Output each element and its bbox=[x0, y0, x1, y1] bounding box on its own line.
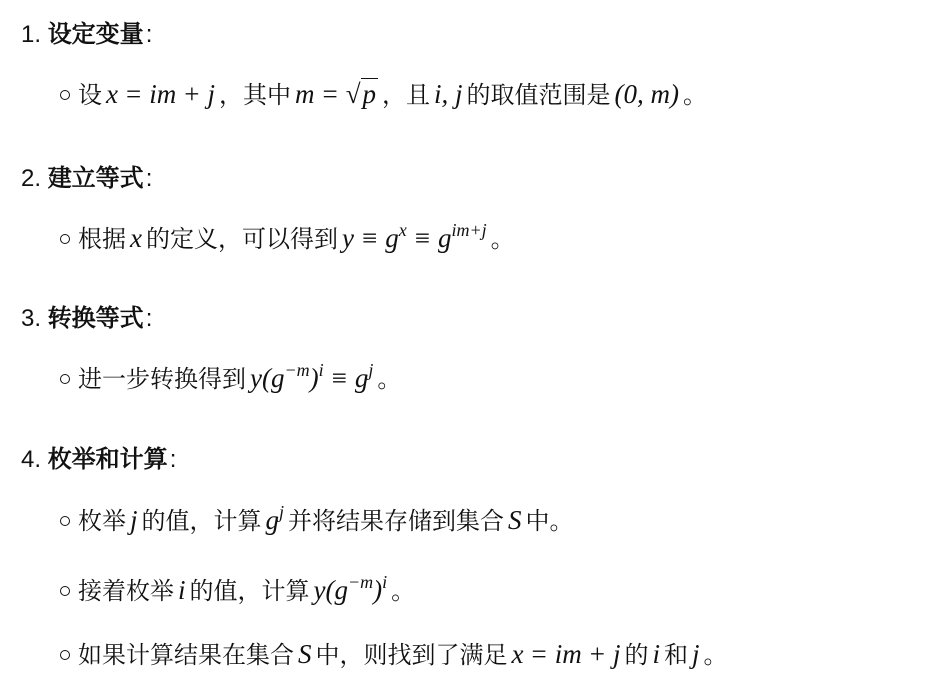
math: j bbox=[130, 505, 138, 535]
text: 。 bbox=[704, 642, 728, 669]
text: 的值，计算 bbox=[190, 578, 310, 605]
math: y(g−m)i bbox=[314, 575, 388, 605]
text: 的定义，可以得到 bbox=[146, 226, 338, 253]
math: y(g−m)i≡gj bbox=[250, 363, 373, 393]
circle-bullet-icon bbox=[60, 586, 70, 596]
math: x bbox=[130, 223, 142, 253]
math: i, j bbox=[434, 79, 463, 109]
step-3-item-1: 进一步转换得到y(g−m)i≡gj。 bbox=[60, 358, 401, 398]
colon: : bbox=[146, 305, 153, 332]
math: y≡gx≡gim+j bbox=[342, 223, 487, 253]
step-1-heading: 1. 设定变量: bbox=[21, 18, 152, 52]
sqrt-symbol: √p bbox=[346, 74, 378, 114]
step-number: 1. bbox=[21, 21, 41, 48]
math: gj bbox=[266, 505, 285, 535]
text: 的 bbox=[624, 642, 648, 669]
circle-bullet-icon bbox=[60, 516, 70, 526]
circle-bullet-icon bbox=[60, 650, 70, 660]
text: 。 bbox=[683, 82, 707, 109]
colon: : bbox=[146, 21, 153, 48]
text: 。 bbox=[491, 226, 515, 253]
text: 和 bbox=[664, 642, 688, 669]
document: 1. 设定变量: 设x=im+j，其中m=√p，且i, j的取值范围是(0, m… bbox=[0, 0, 933, 690]
text: 中，则找到了满足 bbox=[316, 642, 508, 669]
math: j bbox=[692, 639, 700, 669]
math: S bbox=[298, 639, 312, 669]
text: 根据 bbox=[78, 226, 126, 253]
step-title: 枚举和计算 bbox=[48, 446, 168, 473]
math: S bbox=[508, 505, 522, 535]
step-4-item-1: 枚举j的值，计算gj并将结果存储到集合S中。 bbox=[60, 500, 574, 540]
step-3-heading: 3. 转换等式: bbox=[21, 302, 152, 336]
circle-bullet-icon bbox=[60, 234, 70, 244]
text: 进一步转换得到 bbox=[78, 366, 246, 393]
text: 的取值范围是 bbox=[467, 82, 611, 109]
step-4-heading: 4. 枚举和计算: bbox=[21, 443, 176, 477]
circle-bullet-icon bbox=[60, 374, 70, 384]
text: ，其中 bbox=[219, 82, 291, 109]
step-4-item-2: 接着枚举i的值，计算y(g−m)i。 bbox=[60, 570, 415, 610]
math: i bbox=[652, 639, 660, 669]
math: x=im+j bbox=[512, 639, 621, 669]
text: 接着枚举 bbox=[78, 578, 174, 605]
colon: : bbox=[170, 446, 177, 473]
colon: : bbox=[146, 165, 153, 192]
text: 中。 bbox=[526, 508, 574, 535]
text: 并将结果存储到集合 bbox=[288, 508, 504, 535]
circle-bullet-icon bbox=[60, 90, 70, 100]
step-1-item-1: 设x=im+j，其中m=√p，且i, j的取值范围是(0, m)。 bbox=[60, 74, 707, 114]
text: 。 bbox=[377, 366, 401, 393]
text: 的值，计算 bbox=[142, 508, 262, 535]
step-number: 3. bbox=[21, 305, 41, 332]
math: x=im+j bbox=[106, 79, 215, 109]
step-number: 4. bbox=[21, 446, 41, 473]
step-title: 建立等式 bbox=[48, 165, 144, 192]
math: i bbox=[178, 575, 186, 605]
text: 设 bbox=[78, 82, 102, 109]
step-2-heading: 2. 建立等式: bbox=[21, 162, 152, 196]
step-number: 2. bbox=[21, 165, 41, 192]
text: 。 bbox=[391, 578, 415, 605]
step-title: 设定变量 bbox=[48, 21, 144, 48]
step-4-item-3: 如果计算结果在集合S中，则找到了满足x=im+j的i和j。 bbox=[60, 634, 728, 674]
math: m=√p bbox=[295, 79, 378, 109]
text: ，且 bbox=[382, 82, 430, 109]
text: 如果计算结果在集合 bbox=[78, 642, 294, 669]
step-2-item-1: 根据x的定义，可以得到y≡gx≡gim+j。 bbox=[60, 218, 515, 258]
text: 枚举 bbox=[78, 508, 126, 535]
math: (0, m) bbox=[615, 79, 679, 109]
step-title: 转换等式 bbox=[48, 305, 144, 332]
